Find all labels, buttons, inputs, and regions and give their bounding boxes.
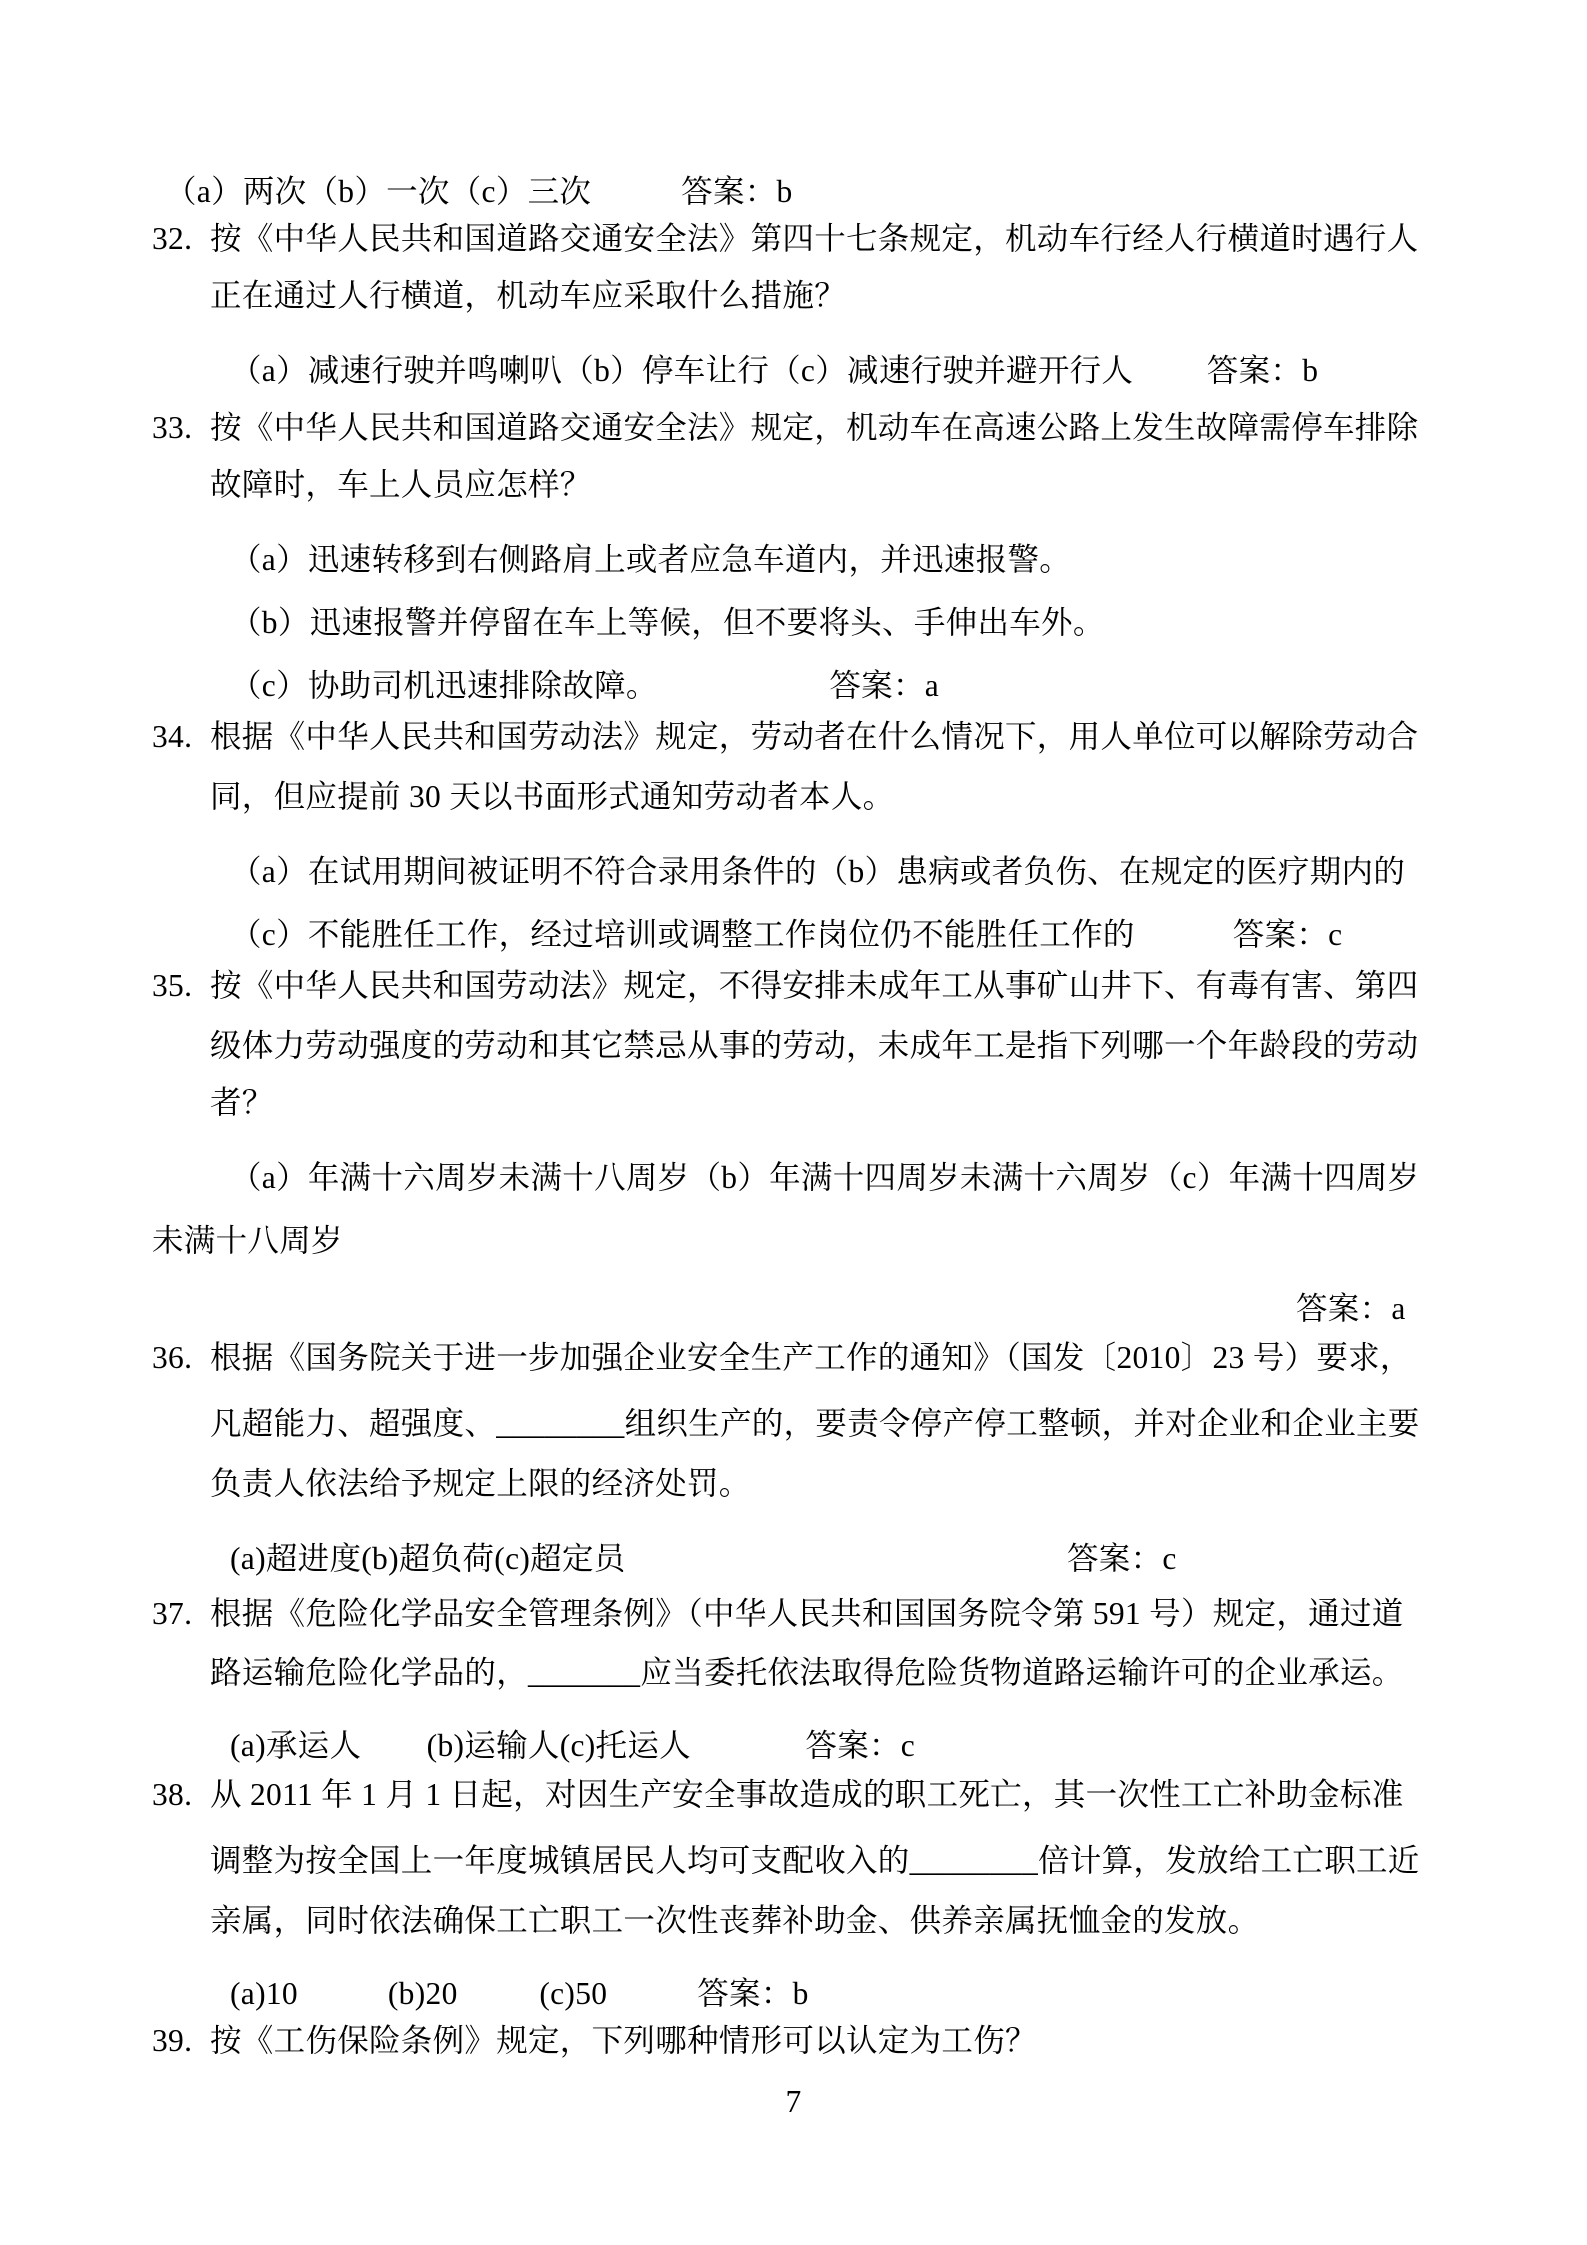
question-38-line-3: 亲属，同时依法确保工亡职工一次性丧葬补助金、供养亲属抚恤金的发放。	[210, 1901, 1259, 1940]
question-35-line-2: 级体力劳动强度的劳动和其它禁忌从事的劳动，未成年工是指下列哪一个年龄段的劳动	[210, 1026, 1418, 1065]
question-36-line-1: 36.根据《国务院关于进一步加强企业安全生产工作的通知》（国发〔2010〕23 …	[152, 1338, 1412, 1377]
question-35-text: 按《中华人民共和国劳动法》规定，不得安排未成年工从事矿山井下、有毒有害、第四	[210, 968, 1418, 1003]
question-36-line-2: 凡超能力、超强度、________组织生产的，要责令停产停工整顿，并对企业和企业…	[210, 1404, 1420, 1443]
question-39-number: 39.	[152, 2021, 210, 2060]
question-37-number: 37.	[152, 1594, 210, 1633]
question-31-options-answer: （a）两次（b）一次（c）三次 答案：b	[165, 172, 793, 211]
question-34-number: 34.	[152, 717, 210, 756]
question-35-number: 35.	[152, 966, 210, 1005]
question-32-options-answer: （a）减速行驶并鸣喇叭（b）停车让行（c）减速行驶并避开行人 答案：b	[230, 351, 1318, 390]
question-33-line-1: 33.按《中华人民共和国道路交通安全法》规定，机动车在高速公路上发生故障需停车排…	[152, 408, 1418, 447]
question-36-text: 根据《国务院关于进一步加强企业安全生产工作的通知》（国发〔2010〕23 号）要…	[210, 1340, 1412, 1375]
question-32-line-1: 32.按《中华人民共和国道路交通安全法》第四十七条规定，机动车行经人行横道时遇行…	[152, 219, 1418, 258]
question-36-line-3: 负责人依法给予规定上限的经济处罚。	[210, 1464, 751, 1503]
question-37-line-2: 路运输危险化学品的，_______应当委托依法取得危险货物道路运输许可的企业承运…	[210, 1653, 1404, 1692]
question-33-number: 33.	[152, 408, 210, 447]
question-32-line-2: 正在通过人行横道，机动车应采取什么措施？	[210, 276, 846, 315]
question-33-option-c-answer: （c）协助司机迅速排除故障。 答案：a	[230, 666, 939, 705]
question-37-text: 根据《危险化学品安全管理条例》（中华人民共和国国务院令第 591 号）规定，通过…	[210, 1596, 1404, 1631]
question-35-line-1: 35.按《中华人民共和国劳动法》规定，不得安排未成年工从事矿山井下、有毒有害、第…	[152, 966, 1418, 1005]
question-38-text: 从 2011 年 1 月 1 日起，对因生产安全事故造成的职工死亡，其一次性工亡…	[210, 1777, 1404, 1812]
question-34-options-line-2-answer: （c）不能胜任工作，经过培训或调整工作岗位仍不能胜任工作的 答案：c	[230, 915, 1342, 954]
page-number: 7	[0, 2082, 1587, 2121]
question-38-options-answer: (a)10 (b)20 (c)50 答案：b	[230, 1974, 809, 2013]
question-35-options-line-1: （a）年满十六周岁未满十八周岁（b）年满十四周岁未满十六周岁（c）年满十四周岁	[230, 1158, 1419, 1197]
document-page: （a）两次（b）一次（c）三次 答案：b 32.按《中华人民共和国道路交通安全法…	[0, 0, 1587, 2245]
question-38-line-1: 38.从 2011 年 1 月 1 日起，对因生产安全事故造成的职工死亡，其一次…	[152, 1775, 1404, 1814]
question-35-line-3: 者？	[210, 1083, 274, 1122]
question-35-answer: 答案：a	[1296, 1289, 1406, 1328]
question-39-text: 按《工伤保险条例》规定，下列哪种情形可以认定为工伤？	[210, 2023, 1037, 2058]
question-36-options-answer: (a)超进度(b)超负荷(c)超定员 答案：c	[230, 1539, 1177, 1578]
question-38-number: 38.	[152, 1775, 210, 1814]
question-33-text: 按《中华人民共和国道路交通安全法》规定，机动车在高速公路上发生故障需停车排除	[210, 410, 1418, 445]
question-32-text: 按《中华人民共和国道路交通安全法》第四十七条规定，机动车行经人行横道时遇行人	[210, 221, 1418, 256]
question-34-line-1: 34.根据《中华人民共和国劳动法》规定，劳动者在什么情况下，用人单位可以解除劳动…	[152, 717, 1418, 756]
question-37-line-1: 37.根据《危险化学品安全管理条例》（中华人民共和国国务院令第 591 号）规定…	[152, 1594, 1404, 1633]
question-39-line-1: 39.按《工伤保险条例》规定，下列哪种情形可以认定为工伤？	[152, 2021, 1037, 2060]
question-34-line-2: 同，但应提前 30 天以书面形式通知劳动者本人。	[210, 777, 894, 816]
question-37-options-answer: (a)承运人 (b)运输人(c)托运人 答案：c	[230, 1726, 915, 1765]
question-38-line-2: 调整为按全国上一年度城镇居民人均可支配收入的________倍计算，发放给工亡职…	[210, 1841, 1420, 1880]
question-33-line-2: 故障时，车上人员应怎样？	[210, 465, 592, 504]
question-35-options-line-2: 未满十八周岁	[152, 1221, 343, 1260]
question-33-option-a: （a）迅速转移到右侧路肩上或者应急车道内，并迅速报警。	[230, 540, 1071, 579]
question-32-number: 32.	[152, 219, 210, 258]
question-36-number: 36.	[152, 1338, 210, 1377]
question-34-text: 根据《中华人民共和国劳动法》规定，劳动者在什么情况下，用人单位可以解除劳动合	[210, 719, 1418, 754]
question-33-option-b: （b）迅速报警并停留在车上等候，但不要将头、手伸出车外。	[230, 603, 1105, 642]
question-34-options-line-1: （a）在试用期间被证明不符合录用条件的（b）患病或者负伤、在规定的医疗期内的	[230, 852, 1405, 891]
